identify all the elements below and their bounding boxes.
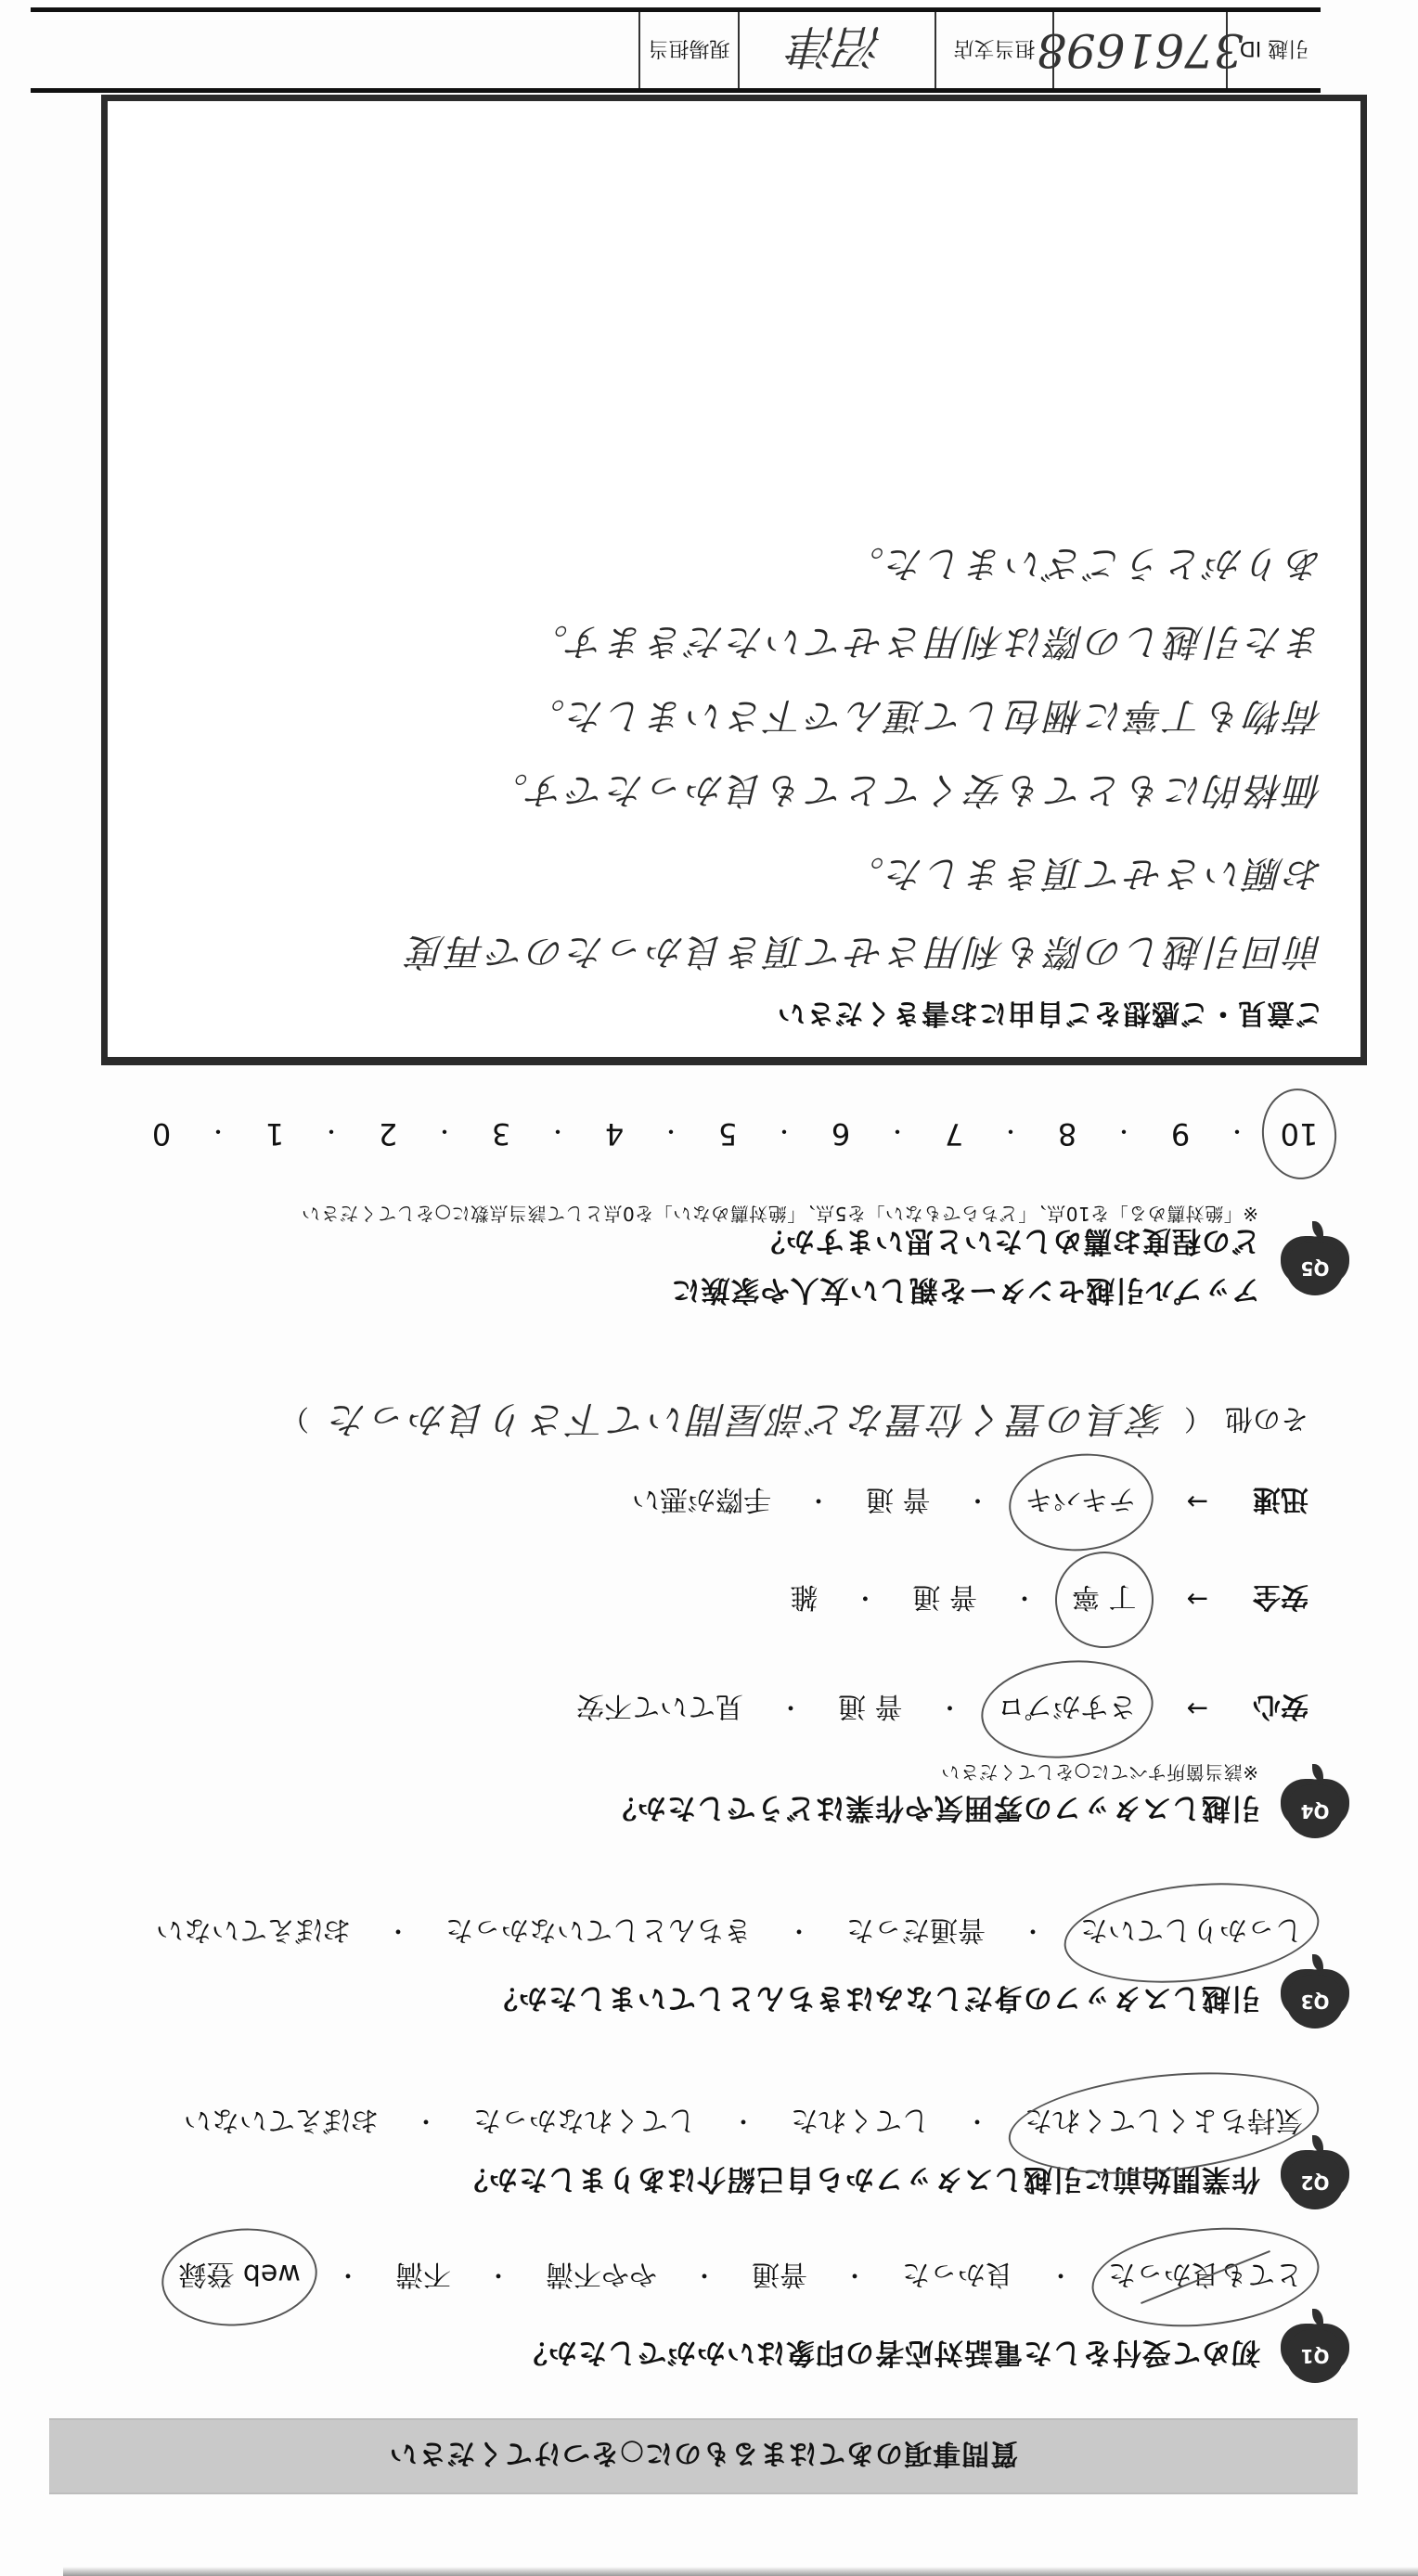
separator: ・ (1049, 2260, 1073, 2295)
option-dont-remember[interactable]: おぼえていない (178, 2103, 384, 2144)
option-normal[interactable]: 普通 (746, 2257, 813, 2298)
comment-line-2: お願いさせて頂きました。 (844, 850, 1323, 903)
comment-line-1: 前回引越しの際も利用させて頂き良かったので再度 (406, 928, 1323, 981)
score-9[interactable]: 9 (1160, 1116, 1201, 1152)
close-paren: ） (281, 1402, 309, 1443)
arrow-icon: → (1187, 1694, 1208, 1725)
rating-label: 安全 (1225, 1579, 1308, 1620)
question-5-note: ※「絶対薦める」を10点、「どちらでもない」を5点、「絶対薦めない」を0点として… (302, 1202, 1258, 1229)
separator: ・ (731, 2106, 755, 2141)
separator: ・ (336, 2260, 360, 2295)
instruction-band: 質問事項のあてはまるものに○をつけてください (49, 2418, 1358, 2494)
separator: ・ (787, 1916, 811, 1951)
option-efficient[interactable]: テキパキ (1020, 1482, 1142, 1523)
score-2[interactable]: 2 (367, 1116, 408, 1152)
question-5-text-line1: アップル引越センターを親しい友人や家族に (671, 1272, 1260, 1314)
option-rough[interactable]: 雑 (784, 1579, 823, 1620)
option-introduced[interactable]: してくれた (785, 2103, 935, 2144)
score-1[interactable]: 1 (254, 1116, 295, 1152)
recommendation-scale: 10・ 9・ 8・ 7・ 6・ 5・ 4・ 3・ 2・ 1・ 0 (141, 1116, 1325, 1152)
option-very-good[interactable]: とても良かった (1102, 2257, 1308, 2298)
score-10[interactable]: 10 (1273, 1116, 1325, 1152)
comment-line-3: 価格的にもとても安くてとても良かったです。 (488, 766, 1323, 819)
comment-box[interactable]: ご意見・ご感想をご自由にお書きください 前回引越しの際も利用させて頂き良かったの… (101, 95, 1367, 1065)
comment-line-6: ありがとうございました。 (844, 540, 1323, 593)
option-good[interactable]: 良かった (896, 2257, 1019, 2298)
question-4-note: ※該当箇所すべてに○をしてください (941, 1760, 1258, 1787)
separator: ・ (1012, 1583, 1037, 1617)
other-comment-handwritten[interactable]: 家具の置く位置など部屋間いて下さり良かった (328, 1396, 1166, 1449)
question-2-options: 気持ちよくしてくれた ・ してくれた ・ してくれなかった ・ おぼえていない (178, 2103, 1308, 2144)
separator: ・ (853, 1583, 877, 1617)
rating-label: 安心 (1225, 1689, 1308, 1730)
instruction-text: 質問事項のあてはまるものに○をつけてください (389, 2436, 1018, 2477)
separator: ・ (806, 1486, 831, 1520)
option-well-groomed[interactable]: しっかりしていた (1075, 1913, 1308, 1953)
rating-row-reassurance: 安心 → さすがプロ ・ 普 通 ・ 見ていて不安 (571, 1689, 1308, 1730)
option-professional[interactable]: さすがプロ (992, 1689, 1142, 1730)
rating-row-safety: 安全 → 丁 寧 ・ 普 通 ・ 雑 (784, 1579, 1308, 1620)
comment-line-4: 荷物も丁寧に梱包して運んで下さいました。 (525, 692, 1323, 745)
other-label: その他 (1225, 1402, 1308, 1443)
option-clumsy[interactable]: 手際が悪い (626, 1482, 777, 1523)
separator: ・ (692, 2260, 716, 2295)
option-average[interactable]: 普通だった (841, 1913, 991, 1953)
q2-badge-icon: Q2 (1286, 2156, 1344, 2209)
separator: ・ (414, 2106, 438, 2141)
score-0[interactable]: 0 (141, 1116, 182, 1152)
question-3-options: しっかりしていた ・ 普通だった ・ きちんとしていなかった ・ おぼえていない (150, 1913, 1308, 1953)
separator: ・ (386, 1916, 410, 1951)
score-8[interactable]: 8 (1047, 1116, 1088, 1152)
option-dont-remember[interactable]: おぼえていない (150, 1913, 356, 1953)
separator: ・ (779, 1693, 803, 1727)
comment-box-title: ご意見・ご感想をご自由にお書きください (777, 996, 1323, 1037)
separator: ・ (966, 1486, 990, 1520)
score-7[interactable]: 7 (934, 1116, 974, 1152)
question-3-text: 引越しスタッフの身だしなみはきちんとしていましたか？ (488, 1981, 1260, 2023)
question-5: Q5 アップル引越センターを親しい友人や家族に どの程度お薦めしたいと思いますか… (671, 1223, 1344, 1314)
branch-value[interactable]: 沼津 (738, 12, 935, 88)
q4-badge-icon: Q4 (1286, 1784, 1344, 1838)
option-not-neat[interactable]: きちんとしていなかった (440, 1913, 757, 1953)
move-id-value[interactable]: 3761698 (1052, 12, 1226, 88)
separator: ・ (965, 2106, 989, 2141)
field-staff-label: 現場担当 (638, 12, 738, 88)
comment-line-5: また引越しの際は利用させていただきます。 (528, 618, 1323, 671)
separator: ・ (486, 2260, 510, 2295)
survey-sheet: 質問事項のあてはまるものに○をつけてください Q1 初めて受付をした電話対応者の… (0, 0, 1418, 2576)
question-3: Q3 引越しスタッフの身だしなみはきちんとしていましたか？ (488, 1975, 1344, 2029)
question-1-text: 初めて受付をした電話対応者の印象はいかがでしたか？ (518, 2336, 1260, 2377)
field-staff-value[interactable] (31, 12, 638, 88)
scan-edge-shadow (63, 2567, 1418, 2576)
option-web-registration[interactable]: web 登録 (173, 2257, 306, 2298)
separator: ・ (938, 1693, 962, 1727)
rating-label: 迅速 (1225, 1482, 1308, 1523)
q3-badge-icon: Q3 (1286, 1975, 1344, 2029)
score-5[interactable]: 5 (707, 1116, 748, 1152)
score-3[interactable]: 3 (481, 1116, 522, 1152)
score-6[interactable]: 6 (820, 1116, 861, 1152)
separator: ・ (843, 2260, 867, 2295)
question-4: Q4 引越しスタッフの雰囲気や作業はどうでしたか？ (607, 1784, 1344, 1838)
option-pleasantly-introduced[interactable]: 気持ちよくしてくれた (1019, 2103, 1308, 2144)
office-use-table: 引越 ID 3761698 担当支店 沼津 現場担当 (31, 7, 1321, 93)
other-comment-row: その他 （ 家具の置く位置など部屋間いて下さり良かった ） (281, 1396, 1308, 1449)
option-normal[interactable]: 普 通 (832, 1689, 909, 1730)
separator: ・ (1021, 1916, 1045, 1951)
option-worrying[interactable]: 見ていて不安 (571, 1689, 749, 1730)
question-4-text: 引越しスタッフの雰囲気や作業はどうでしたか？ (607, 1791, 1260, 1833)
option-dissatisfied[interactable]: 不満 (390, 2257, 457, 2298)
question-5-text-line2: どの程度お薦めしたいと思いますか？ (671, 1223, 1260, 1265)
question-1: Q1 初めて受付をした電話対応者の印象はいかがでしたか？ (518, 2329, 1344, 2383)
score-4[interactable]: 4 (594, 1116, 635, 1152)
q1-badge-icon: Q1 (1286, 2329, 1344, 2383)
option-normal[interactable]: 普 通 (907, 1579, 983, 1620)
q5-badge-icon: Q5 (1286, 1242, 1344, 1295)
arrow-icon: → (1187, 1488, 1208, 1518)
option-normal[interactable]: 普 通 (860, 1482, 936, 1523)
open-paren: （ (1184, 1402, 1212, 1443)
question-1-options: とても良かった ・ 良かった ・ 普通 ・ やや不満 ・ 不満 ・ web 登録 (173, 2257, 1308, 2298)
arrow-icon: → (1187, 1585, 1208, 1616)
option-slightly-dissatisfied[interactable]: やや不満 (540, 2257, 663, 2298)
rating-row-speed: 迅速 → テキパキ ・ 普 通 ・ 手際が悪い (626, 1482, 1308, 1523)
option-careful[interactable]: 丁 寧 (1066, 1579, 1142, 1620)
branch-label: 担当支店 (935, 12, 1052, 88)
option-not-introduced[interactable]: してくれなかった (468, 2103, 702, 2144)
